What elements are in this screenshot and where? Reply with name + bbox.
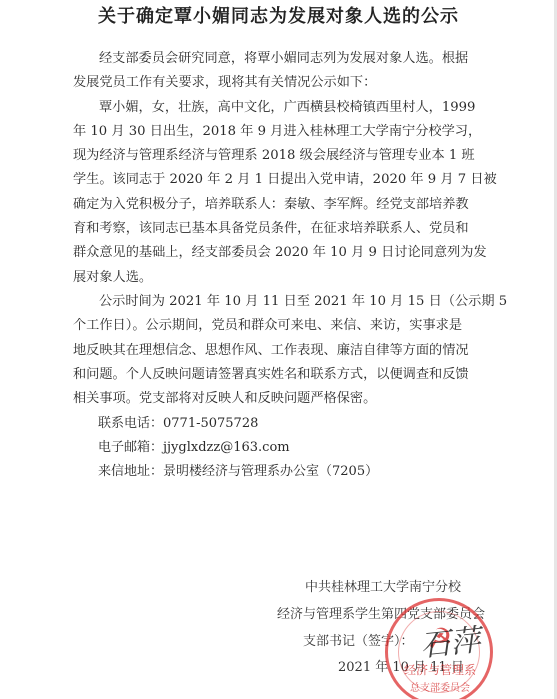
paragraph-line: 经支部委员会研究同意，将覃小媚同志列为发展对象人选。根据 (73, 47, 437, 71)
paragraph-line: 育和考察，该同志已基本具备党员条件，在征求培养联系人、党员和 (73, 217, 437, 241)
paragraph-line: 学生。该同志于 2020 年 2 月 1 日提出入党申请，2020 年 9 月 … (73, 168, 437, 192)
paragraph-line: 年 10 月 30 日出生，2018 年 9 月进入桂林理工大学南宁分校学习， (73, 120, 437, 144)
paragraph-line: 现为经济与管理系经济与管理系 2018 级会展经济与管理专业本 1 班 (73, 144, 437, 168)
contact-phone: 联系电话：0771-5075728 (98, 412, 258, 436)
paragraph-line: 覃小媚，女，壮族，高中文化，广西横县校椅镇西里村人，1999 (73, 96, 437, 120)
paragraph-line: 展对象人选。 (73, 266, 437, 290)
handwritten-signature: 石萍 (418, 615, 482, 665)
paragraph-line: 群众意见的基础上，经支部委员会 2020 年 10 月 9 日讨论同意列为发 (73, 241, 437, 265)
paragraph-line: 公示时间为 2021 年 10 月 11 日至 2021 年 10 月 15 日… (73, 290, 437, 314)
stamp-text: 经济与管理系 (402, 661, 478, 678)
paragraph-line: 地反映其在理想信念、思想作风、工作表现、廉洁自律等方面的情况 (73, 339, 437, 363)
contact-email: 电子邮箱：jjyglxdzz@163.com (98, 436, 290, 460)
document-title: 关于确定覃小媚同志为发展对象人选的公示 (0, 2, 557, 28)
paragraph-line: 和问题。个人反映问题请签署真实姓名和联系方式，以便调查和反馈 (73, 363, 437, 387)
paragraph-line: 发展党员工作有关要求，现将其有关情况公示如下： (73, 71, 437, 95)
paragraph-line: 个工作日）。公示期间，党员和群众可来电、来信、来访，实事求是 (73, 314, 437, 338)
signoff-org: 中共桂林理工大学南宁分校 (305, 576, 461, 595)
paragraph-line: 确定为入党积极分子，培养联系人：秦敏、李军辉。经党支部培养教 (73, 193, 437, 217)
stamp-text: 总支部委员会 (402, 679, 478, 694)
document-body: 经支部委员会研究同意，将覃小媚同志列为发展对象人选。根据 发展党员工作有关要求，… (73, 47, 437, 411)
contact-address: 来信地址：景明楼经济与管理系办公室（7205） (98, 460, 378, 484)
paragraph-line: 相关事项。党支部将对反映人和反映问题严格保密。 (73, 387, 437, 411)
